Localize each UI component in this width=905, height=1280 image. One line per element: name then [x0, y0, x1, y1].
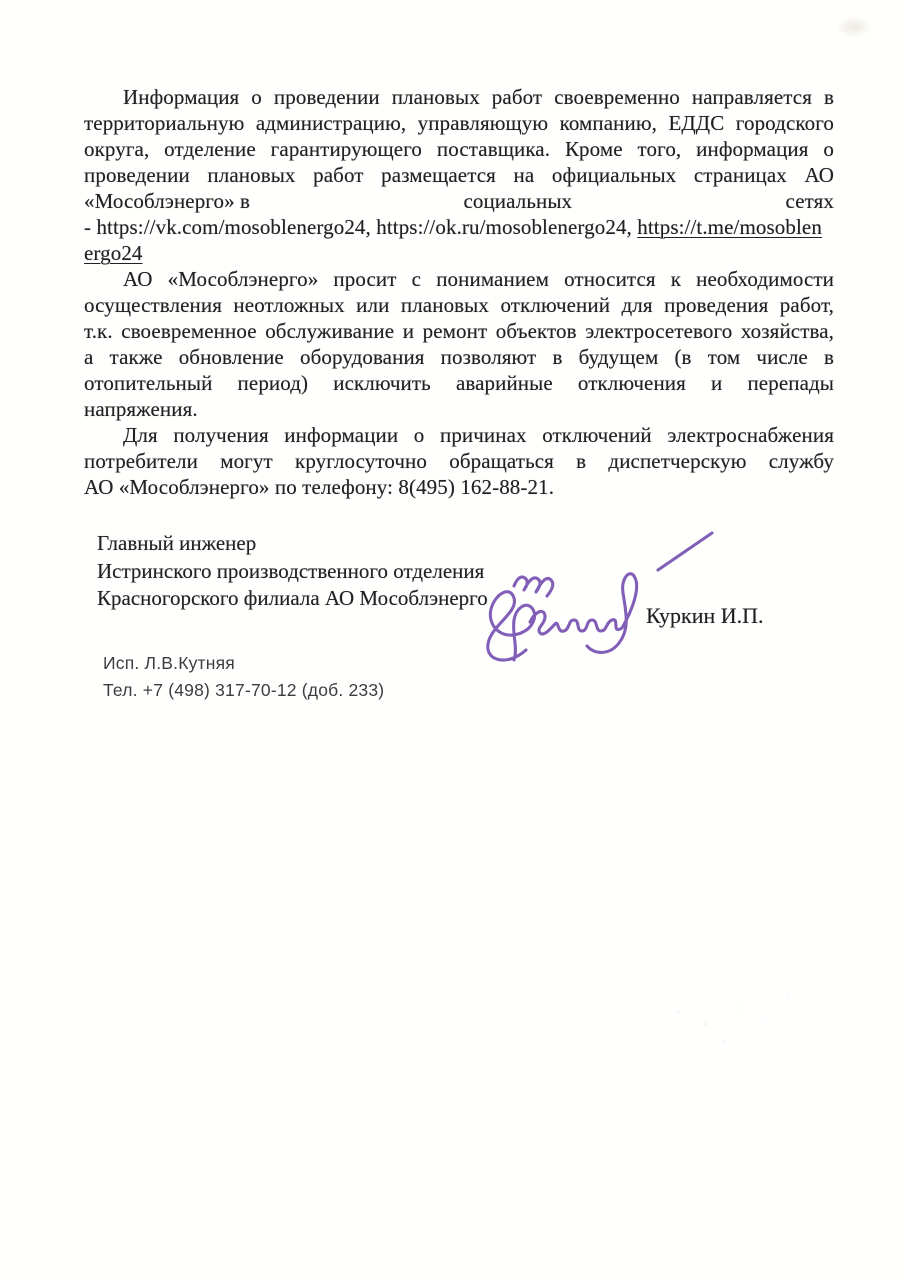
text-run: т.к. своевременное обслуживание и ремонт… [84, 319, 834, 343]
executor-block: Исп. Л.В.Кутняя Тел. +7 (498) 317-70-12 … [103, 650, 384, 704]
signature-title-line: Главный инженер [97, 530, 488, 558]
executor-phone: Тел. +7 (498) 317-70-12 (доб. 233) [103, 677, 384, 704]
text-run: «Мособлэнерго» в [84, 188, 250, 214]
text-run: - https://vk.com/mosoblenergo24, https:/… [84, 215, 637, 239]
text-run: АО «Мособлэнерго» по телефону: 8(495) 16… [84, 475, 554, 499]
text-run: сетях [786, 188, 834, 214]
text-run: проведении плановых работ размещается на… [84, 163, 834, 187]
text-run: АО «Мособлэнерго» просит с пониманием от… [123, 267, 834, 291]
signature-stroke-chain [530, 574, 637, 653]
body-line: «Мособлэнерго» всоциальныхсетях [84, 188, 834, 214]
text-run: осуществления неотложных или плановых от… [84, 293, 834, 317]
body-line: отопительный период) исключить аварийные… [84, 370, 834, 396]
executor-name: Исп. Л.В.Кутняя [103, 650, 384, 677]
text-run: округа, отделение гарантирующего поставщ… [84, 137, 834, 161]
signature-title-line: Истринского производственного отделения [97, 558, 488, 586]
signature-title-block: Главный инженерИстринского производствен… [97, 530, 488, 613]
text-run: Информация о проведении плановых работ с… [123, 85, 834, 109]
scan-speckles [648, 950, 838, 1058]
body-line: территориальную администрацию, управляющ… [84, 110, 834, 136]
body-line: напряжения. [84, 396, 834, 422]
signature-stroke-dash [658, 533, 712, 570]
body-line: потребители могут круглосуточно обращать… [84, 448, 834, 474]
text-run: напряжения. [84, 397, 198, 421]
text-run: территориальную администрацию, управляющ… [84, 111, 834, 135]
body-line: проведении плановых работ размещается на… [84, 162, 834, 188]
body-line: округа, отделение гарантирующего поставщ… [84, 136, 834, 162]
signature-stroke-initials [514, 577, 553, 596]
body-line: а также обновление оборудования позволяю… [84, 344, 834, 370]
letter-body: Информация о проведении плановых работ с… [84, 84, 834, 500]
body-line: Информация о проведении плановых работ с… [84, 84, 834, 110]
text-run: Для получения информации о причинах откл… [123, 423, 834, 447]
scan-smudge [828, 12, 880, 42]
underlined-url-text: https://t.me/mosoblen [637, 215, 822, 239]
body-line: АО «Мособлэнерго» просит с пониманием от… [84, 266, 834, 292]
text-run: потребители могут круглосуточно обращать… [84, 449, 834, 473]
text-run: отопительный период) исключить аварийные… [84, 371, 834, 395]
body-line: ergo24 [84, 240, 834, 266]
body-line: т.к. своевременное обслуживание и ремонт… [84, 318, 834, 344]
handwritten-signature [474, 528, 714, 668]
body-line: - https://vk.com/mosoblenergo24, https:/… [84, 214, 834, 240]
body-line: Для получения информации о причинах откл… [84, 422, 834, 448]
underlined-url-text: ergo24 [84, 241, 143, 265]
signature-stroke-loops [488, 592, 535, 660]
body-line: осуществления неотложных или плановых от… [84, 292, 834, 318]
body-line: АО «Мособлэнерго» по телефону: 8(495) 16… [84, 474, 834, 500]
text-run: а также обновление оборудования позволяю… [84, 345, 834, 369]
scanned-letter-page: Информация о проведении плановых работ с… [0, 0, 905, 1280]
text-run: социальных [463, 188, 572, 214]
signature-title-line: Красногорского филиала АО Мособлэнерго [97, 585, 488, 613]
